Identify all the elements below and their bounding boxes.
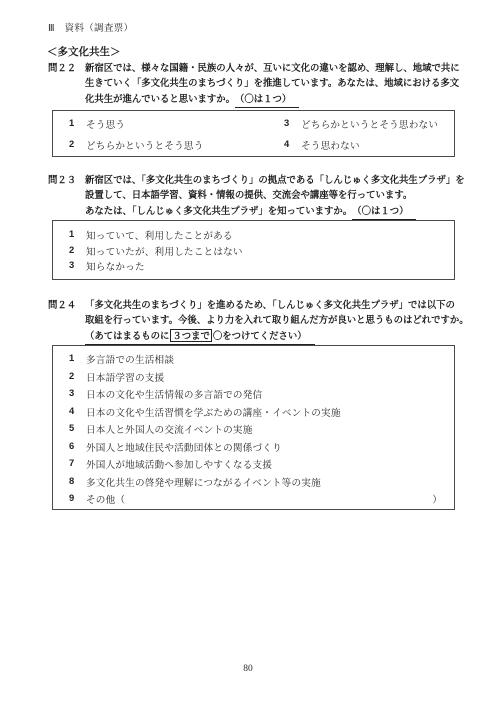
q22-option-3-label: どちらかというとそう思わない (301, 117, 438, 131)
q22-options-grid: 1 そう思う 3 どちらかというとそう思わない 2 どちらかというとそう思う 4… (69, 115, 454, 157)
q24-option-4-label: 日本の文化や生活習慣を学ぶための講座・イベントの実施 (86, 405, 341, 419)
q23-option-2: 2 知っていたが、利用したことはない (69, 244, 454, 260)
q24-option-7-label: 外国人が地域活動へ参加しやすくなる支援 (86, 457, 272, 471)
question-23-instruction: （〇は１つ） (352, 203, 416, 220)
q23-option-3: 3 知らなかった (69, 259, 454, 275)
q23-option-1-number: 1 (69, 228, 86, 239)
q24-option-5: 5 日本人と外国人の交流イベントの実施 (69, 422, 444, 440)
q22-option-1-number: 1 (69, 117, 86, 128)
question-24-instruction-limit: ３つまで (170, 329, 212, 342)
question-23-line3-text: あなたは、「しんじゅく多文化共生プラザ」を知っていますか。 (85, 205, 352, 216)
question-23-text: 新宿区では、「多文化共生のまちづくり」の拠点である「しんじゅく多文化共生プラザ」… (85, 172, 465, 220)
question-23-line1: 新宿区では、「多文化共生のまちづくり」の拠点である「しんじゅく多文化共生プラザ」… (85, 172, 465, 187)
q24-option-8-label: 多文化共生の啓発や理解につながるイベント等の実施 (86, 475, 321, 489)
q24-option-2: 2 日本語学習の支援 (69, 370, 444, 388)
q22-option-2-label: どちらかというとそう思う (86, 138, 204, 152)
q24-option-3-number: 3 (69, 387, 86, 398)
question-22-instruction: （〇は１つ） (235, 91, 299, 108)
q22-option-1-label: そう思う (86, 117, 125, 131)
q22-option-3-number: 3 (284, 117, 301, 128)
q23-option-1-label: 知っていて、利用したことがある (86, 228, 233, 242)
q24-option-9-label: その他（ (86, 492, 125, 506)
question-22-line3-text: 化共生が進んでいると思いますか。 (85, 93, 235, 104)
q22-option-1: 1 そう思う (69, 115, 284, 136)
question-24-instruction-pre: （あてはまるものに (85, 330, 169, 341)
q22-option-2-number: 2 (69, 138, 86, 149)
document-header: Ⅲ 資料（調査票） (48, 20, 133, 34)
question-22-line2: 生きていく「多文化共生のまちづくり」を推進しています。あなたは、地域における多文 (85, 75, 460, 90)
q22-options-box: 1 そう思う 3 どちらかというとそう思わない 2 どちらかというとそう思う 4… (52, 110, 455, 157)
q23-option-1: 1 知っていて、利用したことがある (69, 228, 454, 244)
question-23-line2: 設置して、日本語学習、資料・情報の提供、交流会や講座等を行っています。 (85, 187, 465, 202)
question-22-label: 問２２ (48, 60, 85, 108)
q24-option-1-label: 多言語での生活相談 (86, 352, 174, 366)
q24-option-2-number: 2 (69, 370, 86, 381)
q24-option-3: 3 日本の文化や生活情報の多言語での発信 (69, 387, 444, 405)
question-24-line1: 「多文化共生のまちづくり」を進めるため、「しんじゅく多文化共生プラザ」では以下の (85, 297, 469, 312)
q23-options-box: 1 知っていて、利用したことがある 2 知っていたが、利用したことはない 3 知… (52, 220, 455, 280)
question-24-instruction-post: 〇をつけてください） (213, 330, 307, 341)
q24-option-1: 1 多言語での生活相談 (69, 352, 444, 370)
question-24-line2: 取組を行っています。今後、より力を入れて取り組んだ方が良いと思うものはどれですか… (85, 312, 469, 327)
question-23: 問２３ 新宿区では、「多文化共生のまちづくり」の拠点である「しんじゅく多文化共生… (48, 172, 457, 220)
q22-option-3: 3 どちらかというとそう思わない (284, 115, 454, 136)
q23-option-2-label: 知っていたが、利用したことはない (86, 244, 243, 258)
q24-option-6-label: 外国人と地域住民や活動団体との関係づくり (86, 440, 282, 454)
q24-option-9-number: 9 (69, 492, 86, 503)
question-23-line3: あなたは、「しんじゅく多文化共生プラザ」を知っていますか。（〇は１つ） (85, 203, 465, 220)
q22-option-2: 2 どちらかというとそう思う (69, 136, 284, 157)
question-22-line3: 化共生が進んでいると思いますか。（〇は１つ） (85, 91, 460, 108)
q24-option-5-number: 5 (69, 422, 86, 433)
q24-option-6-number: 6 (69, 440, 86, 451)
q22-option-4-label: そう思わない (301, 138, 360, 152)
q24-option-4-number: 4 (69, 405, 86, 416)
question-24: 問２４ 「多文化共生のまちづくり」を進めるため、「しんじゅく多文化共生プラザ」で… (48, 297, 457, 345)
page-number: 80 (0, 664, 496, 674)
q22-option-4-number: 4 (284, 138, 301, 149)
q24-option-8-number: 8 (69, 475, 86, 486)
q24-option-6: 6 外国人と地域住民や活動団体との関係づくり (69, 440, 444, 458)
survey-document-page: Ⅲ 資料（調査票） ＜多文化共生＞ 問２２ 新宿区では、様々な国籍・民族の人々が… (0, 0, 496, 702)
q24-option-3-label: 日本の文化や生活情報の多言語での発信 (86, 387, 262, 401)
q24-option-9: 9 その他（ ） (69, 492, 444, 510)
q23-option-3-label: 知らなかった (86, 259, 145, 273)
q24-option-1-number: 1 (69, 352, 86, 363)
q24-option-8: 8 多文化共生の啓発や理解につながるイベント等の実施 (69, 475, 444, 493)
q24-option-4: 4 日本の文化や生活習慣を学ぶための講座・イベントの実施 (69, 405, 444, 423)
question-23-label: 問２３ (48, 172, 85, 220)
q24-option-7-number: 7 (69, 457, 86, 468)
question-22: 問２２ 新宿区では、様々な国籍・民族の人々が、互いに文化の違いを認め、理解し、地… (48, 60, 457, 108)
question-22-line1: 新宿区では、様々な国籍・民族の人々が、互いに文化の違いを認め、理解し、地域で共に (85, 60, 460, 75)
question-22-text: 新宿区では、様々な国籍・民族の人々が、互いに文化の違いを認め、理解し、地域で共に… (85, 60, 460, 108)
q23-option-3-number: 3 (69, 259, 86, 270)
q24-option-7: 7 外国人が地域活動へ参加しやすくなる支援 (69, 457, 444, 475)
question-24-instruction-underline: （あてはまるものに３つまで〇をつけてください） (85, 328, 315, 345)
section-title: ＜多文化共生＞ (47, 44, 121, 59)
q24-option-2-label: 日本語学習の支援 (86, 370, 164, 384)
q22-option-4: 4 そう思わない (284, 136, 454, 157)
q23-option-2-number: 2 (69, 244, 86, 255)
question-24-label: 問２４ (48, 297, 85, 345)
question-24-instruction: （あてはまるものに３つまで〇をつけてください） (85, 328, 469, 345)
q24-option-5-label: 日本人と外国人の交流イベントの実施 (86, 422, 253, 436)
q24-option-9-close-paren: ） (432, 492, 444, 506)
q24-options-box: 1 多言語での生活相談 2 日本語学習の支援 3 日本の文化や生活情報の多言語で… (52, 345, 455, 510)
question-24-text: 「多文化共生のまちづくり」を進めるため、「しんじゅく多文化共生プラザ」では以下の… (85, 297, 469, 345)
